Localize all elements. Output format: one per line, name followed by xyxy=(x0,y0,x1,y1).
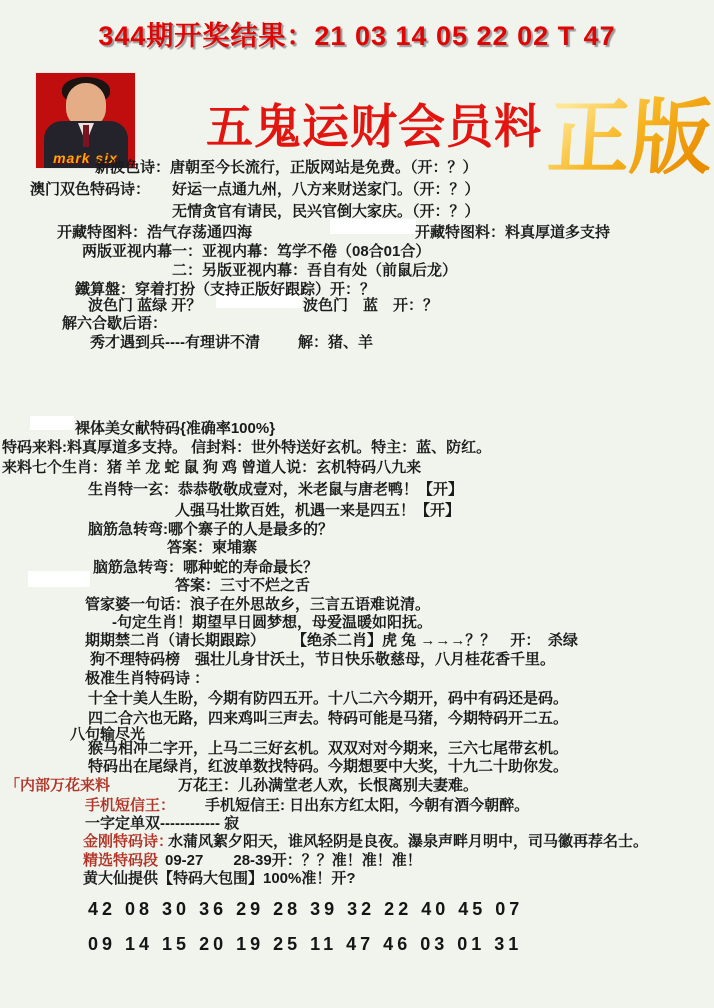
whiteout-box xyxy=(30,416,74,430)
line-xiehouyu-answer: 解：猪、羊 xyxy=(298,334,373,351)
line-jingang-text: 水蒲风絮夕阳天，谁风轻阴是良夜。瀑泉声畔月明中，司马徽再荐名士。 xyxy=(168,833,648,850)
line-naojin2-answer: 答案：三寸不烂之舌 xyxy=(175,577,310,594)
line-jizhun-poem-2: 四二合六也无路，四来鸡叫三声去。特码可能是马猪，今期特码开二五。 xyxy=(88,710,568,727)
line-qige-shengxiao: 来料七个生肖：猪 羊 龙 蛇 鼠 狗 鸡 曾道人说：玄机特码八九来 xyxy=(2,459,421,476)
line-juesha: 【绝杀二肖】虎 兔 →→→？？ 开： 杀绿 xyxy=(292,632,578,649)
genuine-stamp: 正版 xyxy=(545,96,714,182)
tipster-photo: mark six xyxy=(35,72,136,169)
flyer-page: 344期开奖结果：21 03 14 05 22 02 T 47 mark six… xyxy=(0,0,714,1008)
line-jinxiao: 期期禁二肖（请长期跟踪） xyxy=(85,632,265,649)
line-jingxuan-label: 精选特码段 xyxy=(83,852,158,869)
line-naojin1-answer: 答案：柬埔寨 xyxy=(167,539,257,556)
line-shengxiao-te-1: 生肖特一玄：恭恭敬敬成壹对，米老鼠与唐老鸭！【开】 xyxy=(88,481,463,498)
line-duanxin-text: 手机短信王: 日出东方红太阳，今朝有酒今朝醉。 xyxy=(205,797,529,814)
line-jingxuan-text: 09-27 28-39开：？？准！准！准！ xyxy=(165,852,422,869)
line-duanxin-label: 手机短信王： xyxy=(85,797,175,814)
line-xinbose-poem: 新波色诗：唐朝至今长流行，正版网站是免费。（开：？） xyxy=(95,159,478,176)
line-naojin1-question: 脑筋急转弯:哪个寨子的人是最多的？ xyxy=(88,521,333,538)
line-huangdaxian: 黄大仙提供【特码大包围】100%准！开? xyxy=(83,870,356,887)
line-aomen-poem-1: 好运一点通九州，八方来财送家门。（开：？） xyxy=(172,181,480,198)
line-aomen-poem-2: 无情贪官有请民，民兴官倒大家庆。（开：？） xyxy=(172,203,480,220)
line-tiesuanpan: 鐵算盤：穿着打扮（支持正版好跟踪）开：？ xyxy=(75,281,375,298)
line-goubuli: 狗不理特码榜 强壮儿身甘沃土，节日快乐敬慈母，八月桂花香千里。 xyxy=(90,651,555,668)
line-tuliao-left: 开藏特图料：浩气存荡通四海 xyxy=(57,224,252,241)
line-aomen-label: 澳门双色特码诗： xyxy=(30,181,150,198)
line-tuliao-right: 开藏特图料：料真厚道多支持 xyxy=(415,224,610,241)
line-jizhun-label: 极准生肖特码诗 ： xyxy=(85,670,209,687)
draw-result-line: 344期开奖结果：21 03 14 05 22 02 T 47 xyxy=(0,14,714,53)
line-naojin2-question: 脑筋急转弯：哪种蛇的寿命最长？ xyxy=(93,559,318,576)
whiteout-box xyxy=(330,219,416,234)
line-xiehouyu-label: 解六合歇后语： xyxy=(62,315,167,332)
numbers-row-2: 09 14 15 20 19 25 11 47 46 03 01 31 xyxy=(88,934,522,955)
line-jizhun-poem-1: 十全十美人生盼，今期有防四五开。十八二六今期开，码中有码还是码。 xyxy=(88,690,568,707)
line-baju-poem-1: 猴马相冲二字开，上马二三好玄机。双双对对今期来，三六七尾带玄机。 xyxy=(88,740,568,757)
line-yizi-danshuang: 一字定单双------------ 寂 xyxy=(85,815,239,832)
line-baju-poem-2: 特码出在尾绿肖，红波单数找特码。今期想要中大奖，十九二十助你发。 xyxy=(88,758,568,775)
line-tema-lailiao: 特码来料:料真厚道多支持。 信封料：世外特送好玄机。特主：蓝、防红。 xyxy=(2,439,491,456)
line-bosemen-left: 波色门 蓝绿 开？ xyxy=(88,297,201,314)
line-luoti: 裸体美女献特码{准确率100%} xyxy=(75,420,275,437)
photo-tie-shape xyxy=(83,125,89,147)
line-guanjiapo-2: -句定生肖！期望早日圆梦想，母爱温暖如阳抚。 xyxy=(112,614,432,631)
line-shengxiao-te-2: 人强马壮欺百姓，机遇一来是四五！【开】 xyxy=(175,502,460,519)
line-wanhua: 万花王：儿孙满堂老人欢，长恨离别夫妻难。 xyxy=(178,777,478,794)
numbers-row-1: 42 08 30 36 29 28 39 32 22 40 45 07 xyxy=(88,899,523,920)
whiteout-box xyxy=(28,571,90,587)
line-yashi-2: 二：另版亚视内幕：吾自有处（前鼠后龙） xyxy=(172,262,457,279)
line-jingang-label: 金刚特码诗： xyxy=(83,833,173,850)
line-bosemen-right: 波色门 蓝 开：？ xyxy=(303,297,438,314)
line-neibu-label: 「内部万花来料 xyxy=(5,777,110,794)
line-guanjiapo-1: 管家婆一句话：浪子在外思故乡，三言五语难说清。 xyxy=(85,596,430,613)
line-yashi-1: 两版亚视内幕一：亚视内幕：笃学不倦（08合01合） xyxy=(82,243,430,260)
line-xiehouyu-text: 秀才遇到兵----有理讲不清 xyxy=(90,334,260,351)
page-title: 五鬼运财会员料 xyxy=(206,90,542,157)
